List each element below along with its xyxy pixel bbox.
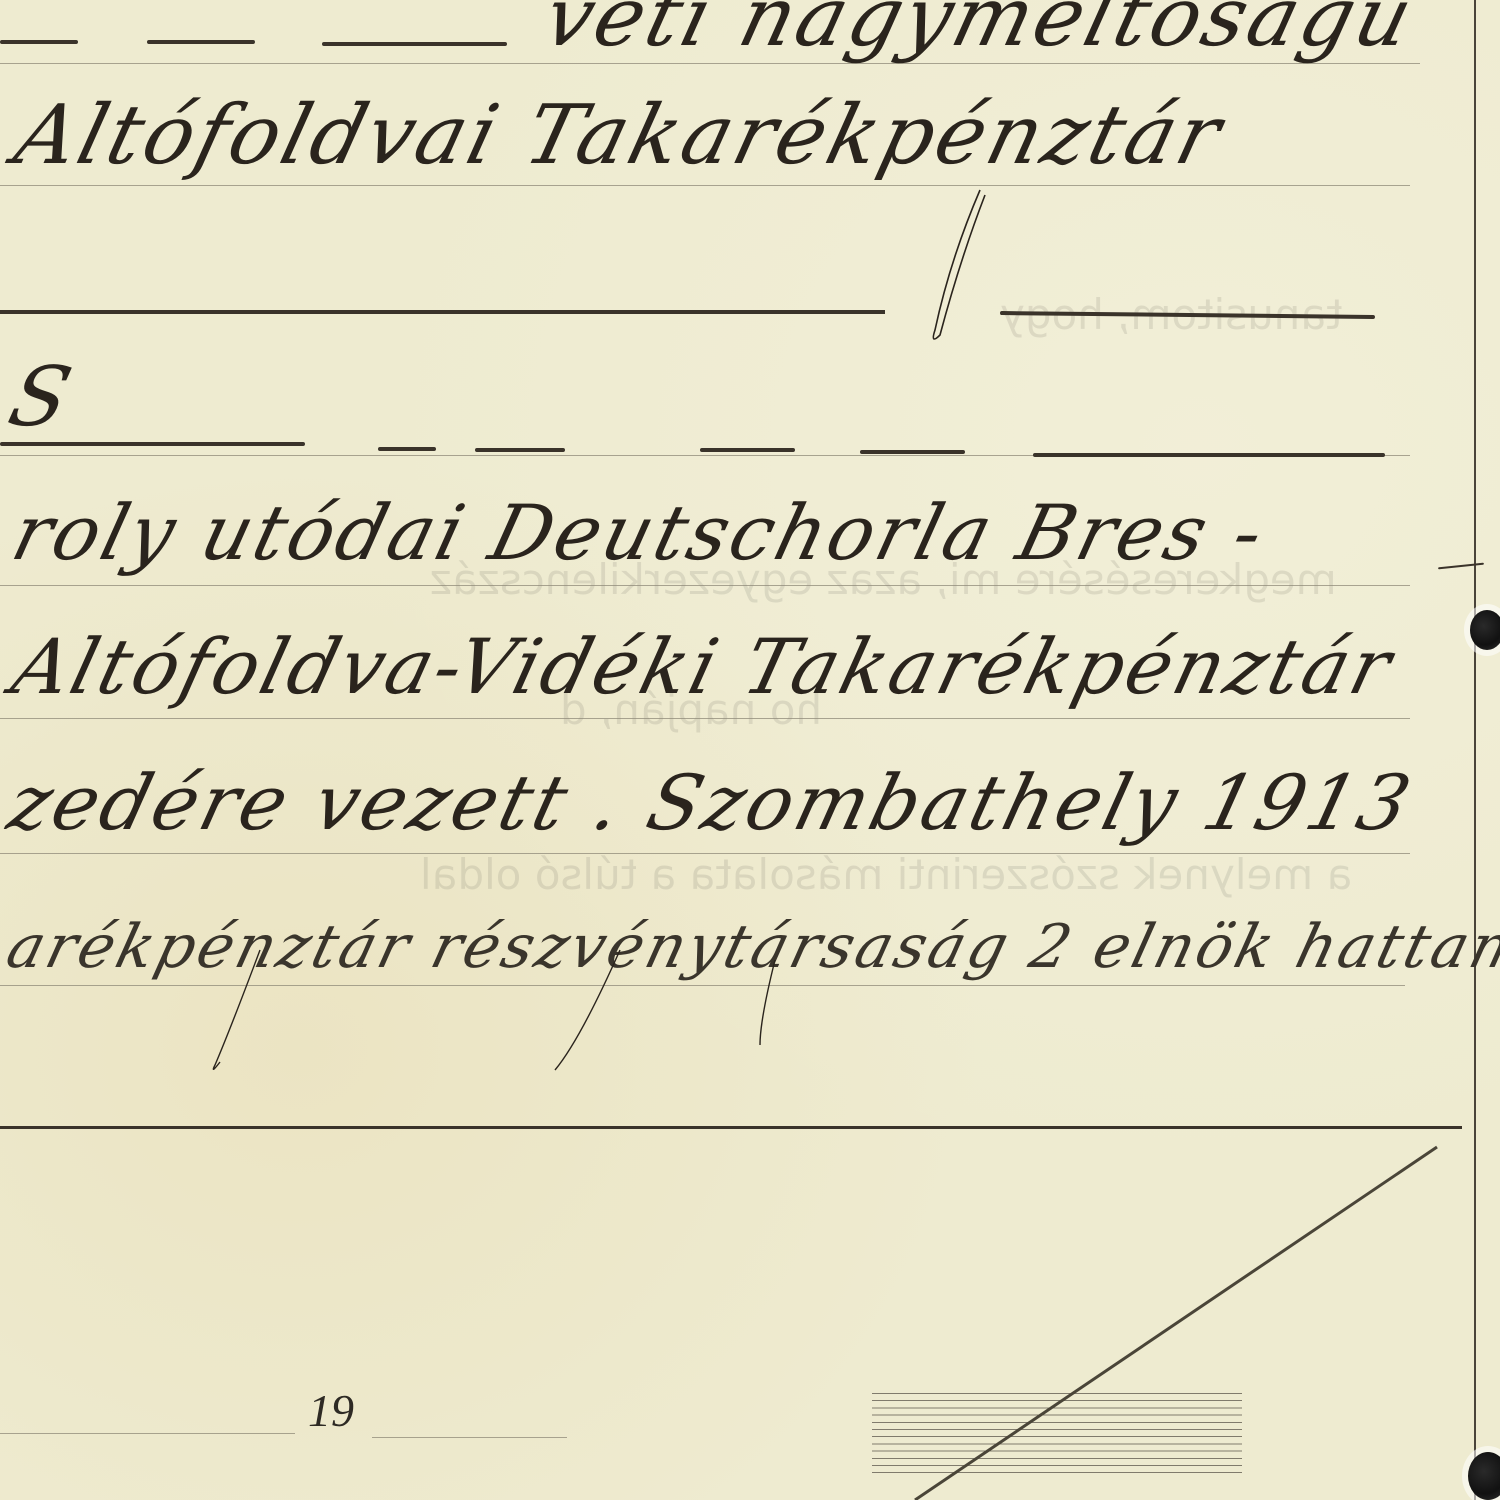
document-page: tanusitom, hogy megkeresésére mi, azaz e… [0,0,1500,1500]
diagonal-strike-line [0,0,1500,1500]
